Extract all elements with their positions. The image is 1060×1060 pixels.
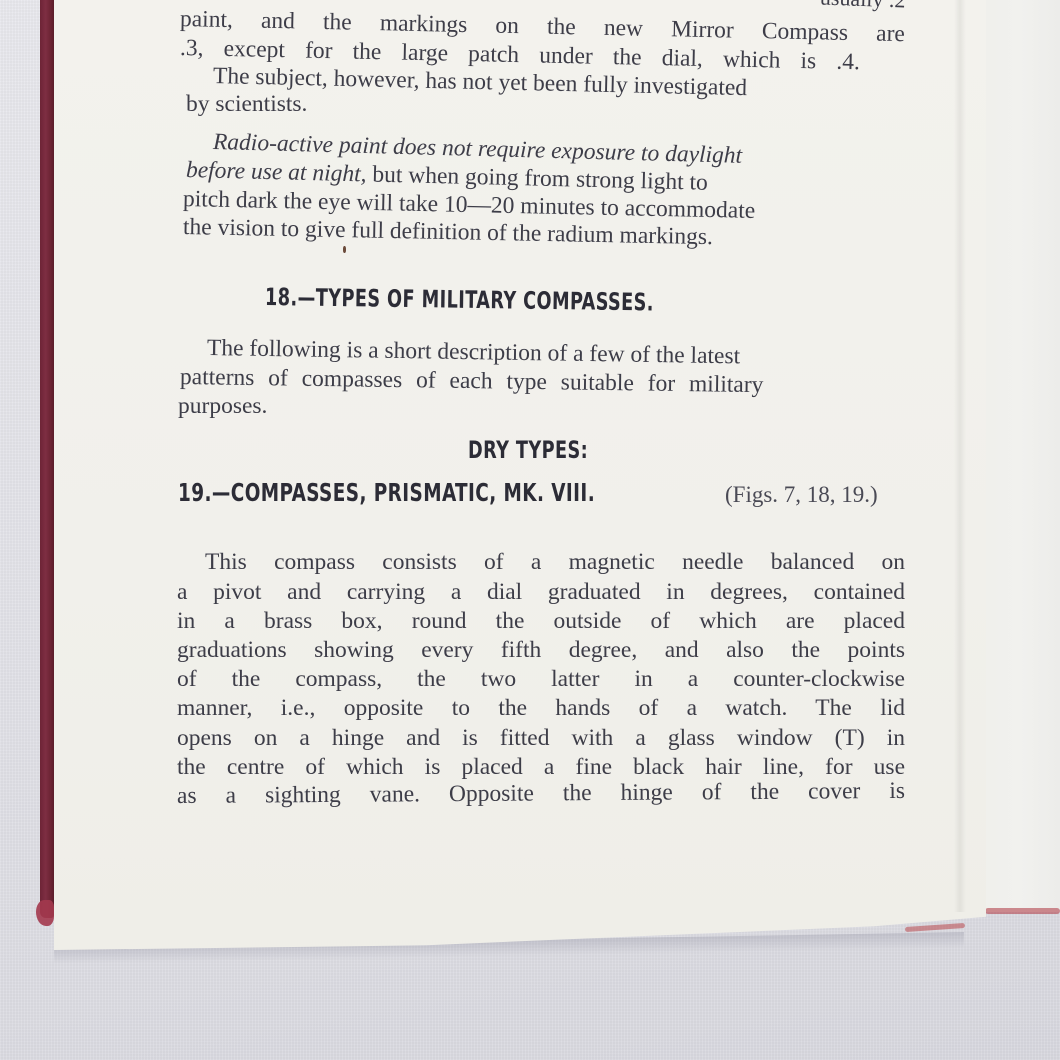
body-line-text: graduations showing every fifth degree, … — [177, 636, 905, 665]
body-line: opens on a hinge and is fitted with a gl… — [177, 724, 905, 753]
paragraph-subject-line2: by scientists. — [186, 90, 307, 119]
body-line-text: a pivot and carrying a dial graduated in… — [177, 578, 905, 607]
body-line: as a sighting vane. Opposite the hinge o… — [177, 777, 905, 811]
body-line-text: as a sighting vane. Opposite the hinge o… — [177, 777, 905, 811]
body-line-text: of the compass, the two latter in a coun… — [177, 665, 905, 694]
body-line-text: manner, i.e., opposite to the hands of a… — [177, 694, 905, 723]
body-line: of the compass, the two latter in a coun… — [177, 665, 905, 694]
section-19-heading: 19.—COMPASSES, PRISMATIC, MK. VIII. — [178, 478, 687, 507]
body-line-text: This compass consists of a magnetic need… — [205, 548, 905, 577]
body-line: a pivot and carrying a dial graduated in… — [177, 578, 905, 607]
cover-edge-right — [985, 908, 1060, 914]
section-18-line3: purposes. — [178, 392, 267, 421]
body-line: graduations showing every fifth degree, … — [177, 636, 905, 665]
page-gutter — [954, 0, 966, 912]
dry-types-subheading: DRY TYPES: — [468, 436, 615, 464]
book-cover-spine — [40, 0, 54, 918]
body-line-text: opens on a hinge and is fitted with a gl… — [177, 724, 905, 753]
body-line: in a brass box, round the outside of whi… — [177, 607, 905, 636]
body-line: manner, i.e., opposite to the hands of a… — [177, 694, 905, 723]
italic-lead-2: before use at night, — [186, 157, 367, 187]
ink-speck — [343, 246, 346, 253]
body-line: This compass consists of a magnetic need… — [205, 548, 905, 577]
frayed-cover-corner — [36, 900, 54, 926]
body-line-text: in a brass box, round the outside of whi… — [177, 607, 905, 636]
figure-reference: (Figs. 7, 18, 19.) — [725, 480, 878, 509]
